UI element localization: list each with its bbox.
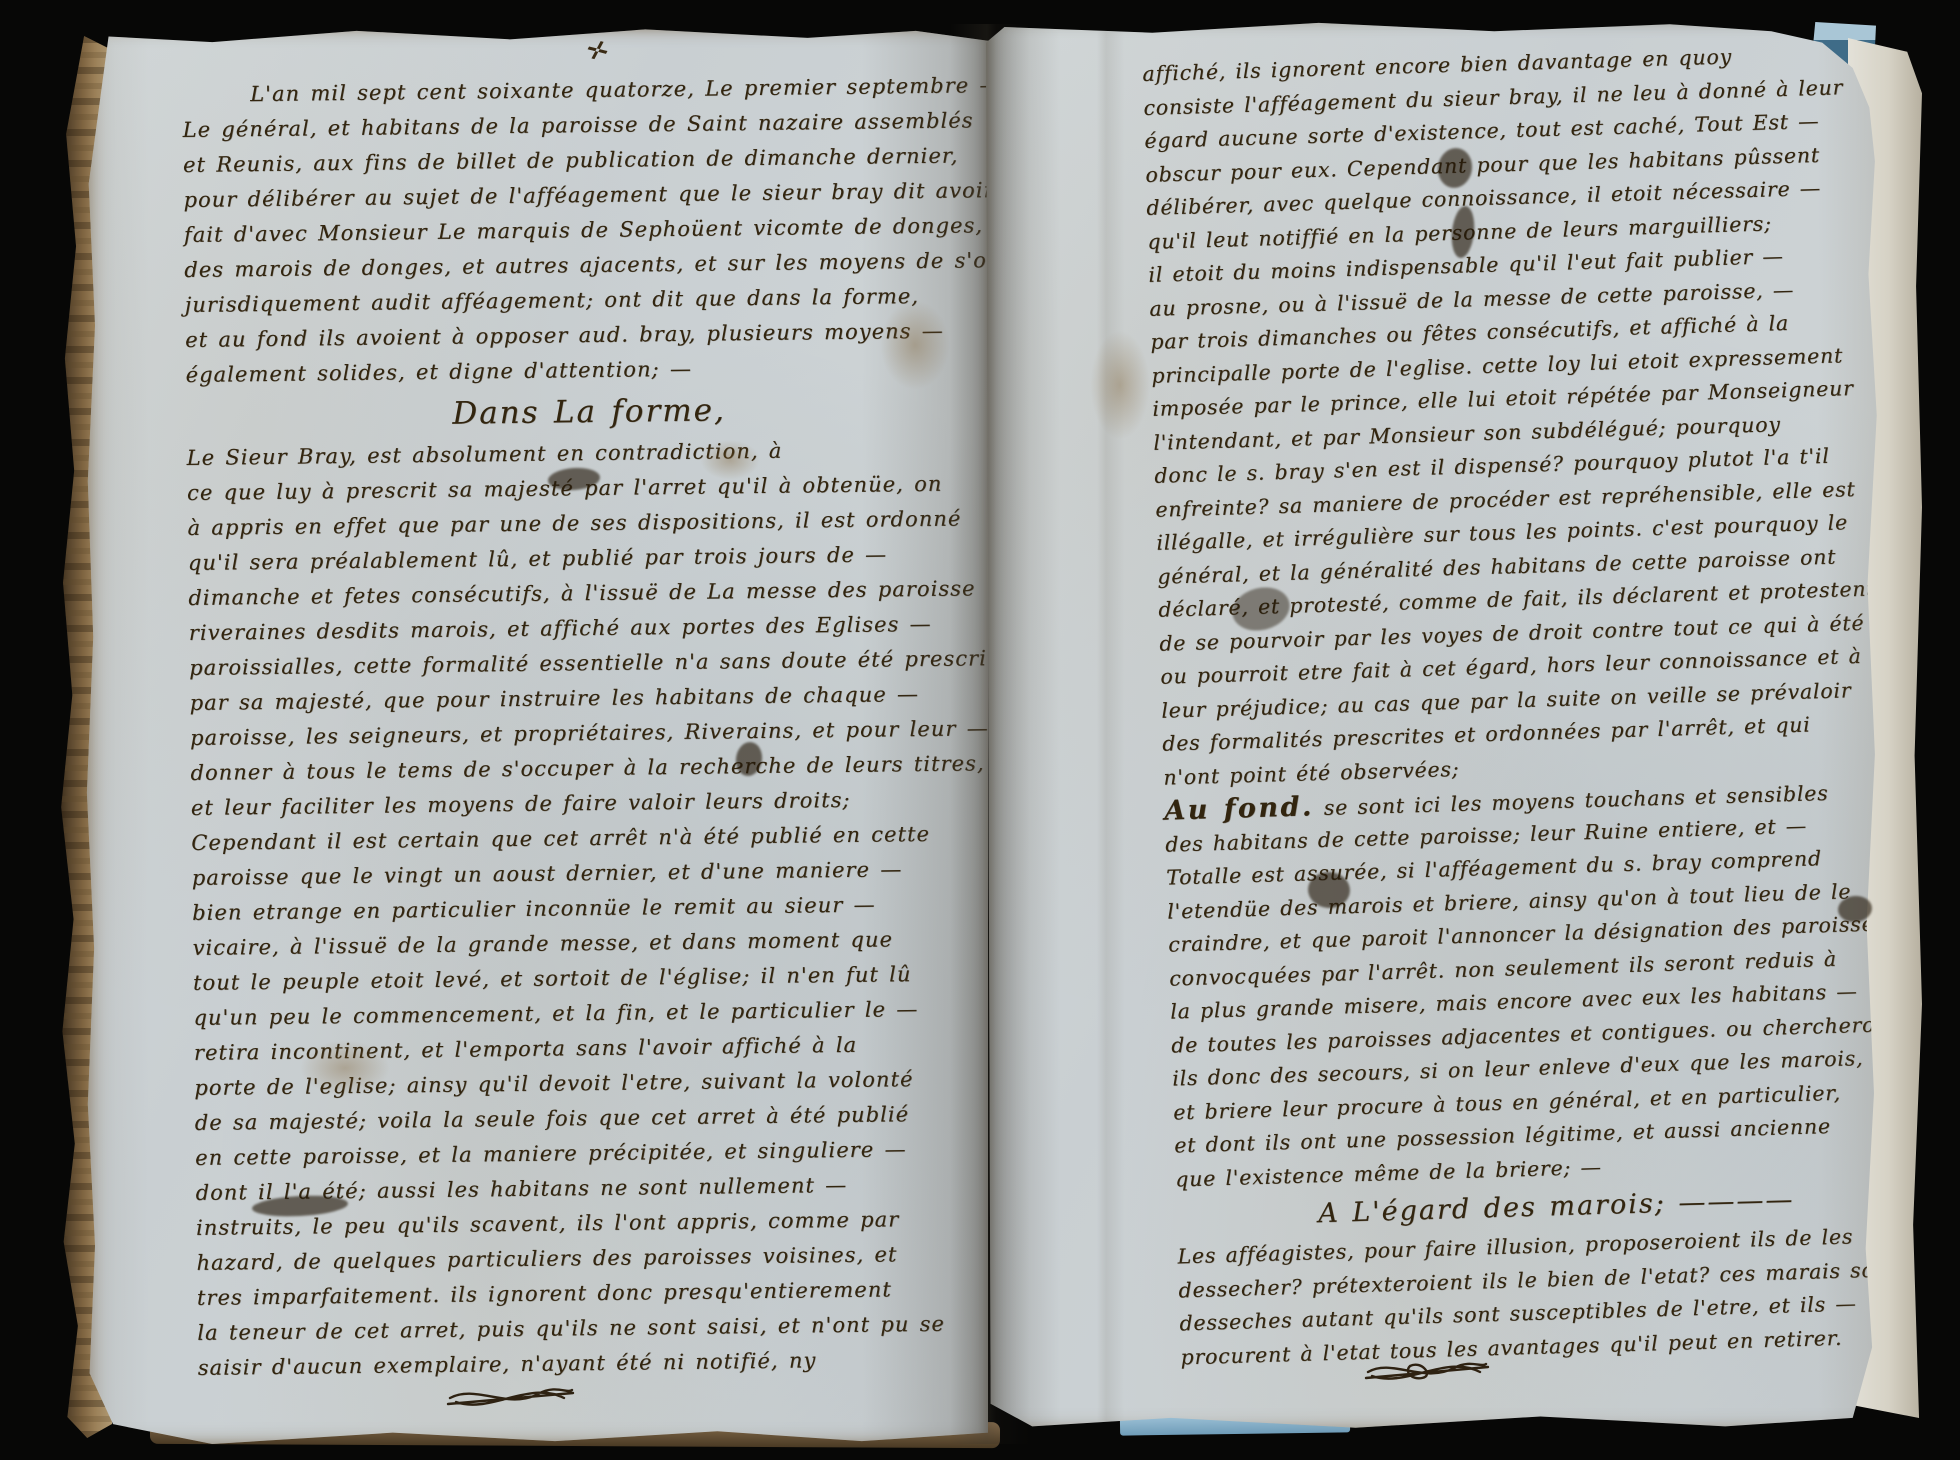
left-page-text: L'an mil sept cent soixante quatorze, Le…	[182, 68, 1004, 1386]
right-page-text: affiché, ils ignorent encore bien davant…	[1142, 35, 1941, 1374]
inline-subheading: Au fond.	[1164, 791, 1314, 826]
paraphe-flourish	[446, 1380, 576, 1414]
left-page: ✛ L'an mil sept cent soixante quatorze, …	[86, 28, 988, 1444]
paper-stain	[1090, 330, 1150, 440]
right-page: affiché, ils ignorent encore bien davant…	[986, 20, 1910, 1432]
paper-stain	[700, 440, 760, 480]
cross-invocation-mark: ✛	[581, 34, 609, 68]
paraphe-flourish	[1364, 1352, 1490, 1388]
manuscript-photo: ✛ L'an mil sept cent soixante quatorze, …	[0, 0, 1960, 1460]
paper-stain	[880, 300, 950, 390]
paper-stain	[300, 1040, 390, 1096]
